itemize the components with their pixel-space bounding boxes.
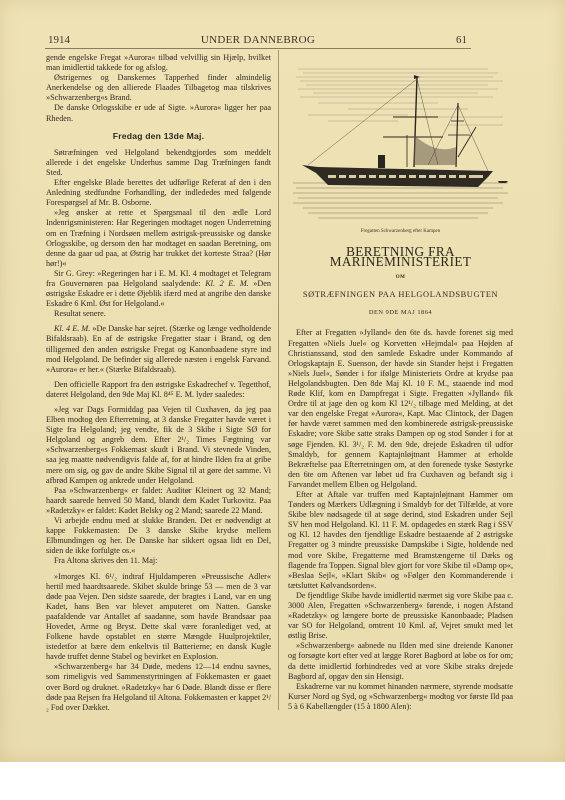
time-label: Kl. 4 E. M. [54, 324, 90, 333]
paragraph: De danske Orlogsskibe er ude af Sigte. »… [46, 103, 271, 123]
article-subtitle: SØTRÆFNINGEN PAA HELGOLANDSBUGTEN [288, 290, 513, 300]
quote-paragraph: »Jeg var Dags Formiddag paa Vejen til Cu… [46, 405, 271, 486]
right-column: Fregatten Schwarzenberg efter Kampen BER… [288, 53, 513, 712]
paragraph: Efter at Fregatten »Jylland« den 6te ds.… [288, 328, 513, 490]
quote-paragraph: »Jeg ønsker at rette et Spørgsmaal til d… [46, 208, 271, 269]
article-title-connector: OM [288, 273, 513, 283]
frigate-engraving-icon [288, 55, 513, 225]
paragraph: Resultat senere. [46, 309, 271, 319]
paragraph: Kl. 4 E. M. »De Danske har sejret. (Stær… [46, 324, 271, 374]
paragraph: »Schwarzenberg« har 34 Døde, medens 12—1… [46, 662, 271, 712]
time-label: Kl. 2 E. M. [205, 279, 248, 288]
paragraph: Efter at Aftale var truffen med Kaptajnl… [288, 490, 513, 591]
running-header: 1914 UNDER DANNEBROG 61 [45, 34, 471, 49]
paragraph: Søtræfningen ved Helgoland bekendtgjorde… [46, 148, 271, 178]
left-column: gende engelske Fregat »Aurora« tilbød ve… [46, 53, 271, 713]
ship-illustration: Fregatten Schwarzenberg efter Kampen [288, 55, 513, 233]
paragraph: Efter engelske Blade berettes det udførl… [46, 178, 271, 208]
paragraph: Paa »Schwarzenberg« er faldet: Auditør K… [46, 486, 271, 516]
paragraph: De fjendtlige Skibe havde imidlertid nær… [288, 591, 513, 641]
column-divider [278, 50, 279, 710]
paragraph: »Schwarzenberg« aabnede nu Ilden med sin… [288, 641, 513, 681]
page-number: 61 [456, 34, 467, 46]
article-title: BERETNING FRA MARINEMINISTERIET [282, 247, 519, 267]
quote-paragraph: »Imorges Kl. 6¹/₂ indtraf Hjuldamperen »… [46, 572, 271, 663]
paragraph: Den officielle Rapport fra den østrigske… [46, 380, 271, 400]
paragraph: Eskadrerne var nu kommet hinanden nærmer… [288, 682, 513, 712]
paragraph: Fra Altona skrives den 11. Maj: [46, 556, 271, 566]
paragraph: Vi arbejde endnu med at slukke Branden. … [46, 516, 271, 556]
header-title: UNDER DANNEBROG [45, 34, 471, 46]
article-date: DEN 9DE MAJ 1864 [288, 308, 513, 318]
paragraph: Østrigernes og Danskernes Tapperhed find… [46, 73, 271, 103]
figure-caption: Fregatten Schwarzenberg efter Kampen [288, 227, 513, 237]
paragraph: gende engelske Fregat »Aurora« tilbød ve… [46, 53, 271, 73]
paragraph: Sir G. Grey: »Regeringen har i E. M. Kl.… [46, 269, 271, 309]
section-heading: Fredag den 13de Maj. [46, 131, 271, 141]
book-page: 1914 UNDER DANNEBROG 61 gende engelske F… [0, 0, 565, 762]
